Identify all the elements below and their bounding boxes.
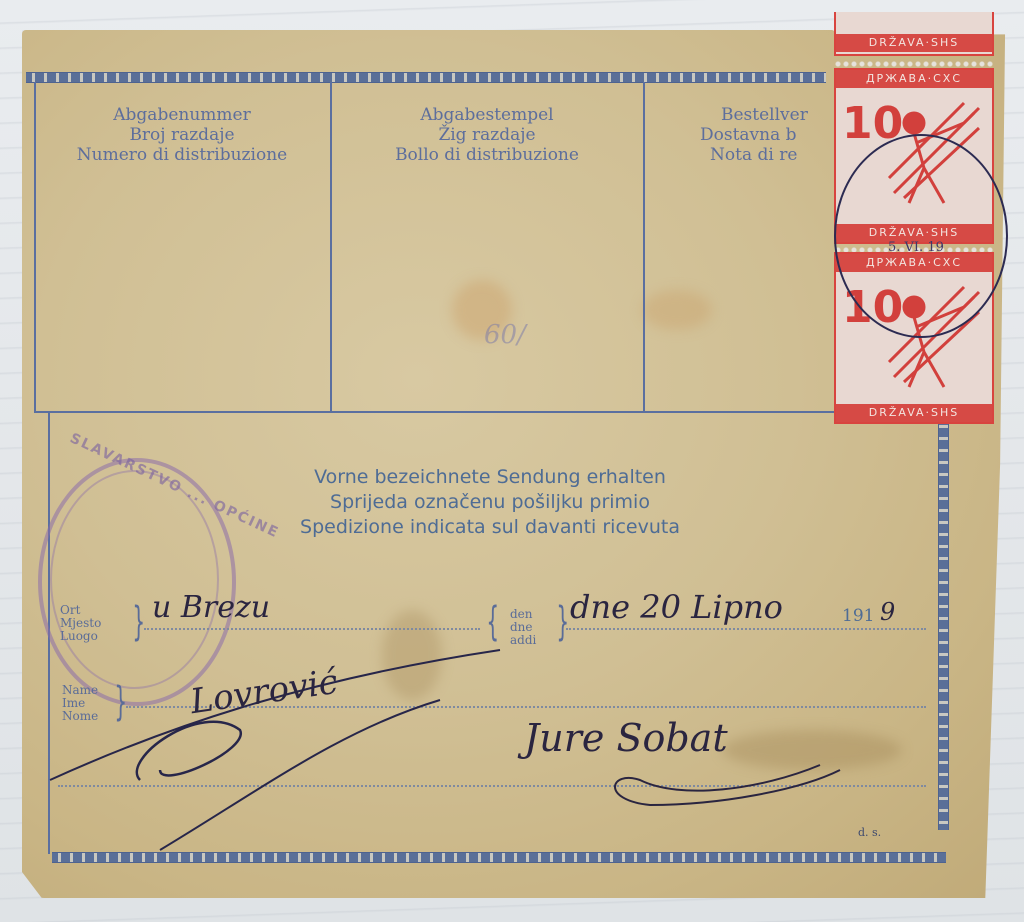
header-line-de: Abgabestempel: [334, 105, 640, 125]
place-field-line: [144, 628, 480, 630]
postmark-date: 5. VI. 19: [888, 240, 944, 255]
header-line-hr: Broj razdaje: [36, 125, 328, 145]
header-line-hr: Žig razdaje: [334, 125, 640, 145]
brace-icon: }: [132, 602, 145, 642]
stamp-bottom-label: DRŽAVA·SHS: [836, 404, 992, 422]
section-divider: [34, 411, 834, 413]
date-field-value[interactable]: dne 20 Lipno: [570, 588, 783, 626]
column-divider: [330, 82, 332, 412]
stain: [642, 290, 712, 330]
header-line-hr: Dostavna b: [700, 125, 830, 145]
signature-2: Jure Sobat: [524, 716, 728, 760]
brace-open-icon: {: [486, 602, 499, 642]
signature-flourish-icon: [600, 760, 860, 810]
column-divider: [643, 82, 645, 412]
statement-hr: Sprijeda označenu pošiljku primio: [180, 490, 800, 515]
header-line-de: Bestellver: [700, 105, 830, 125]
header-line-it: Bollo di distribuzione: [334, 145, 640, 165]
column-header-distribution-number: Abgabenummer Broj razdaje Numero di dist…: [36, 105, 328, 165]
right-border: [938, 424, 949, 830]
place-label: Ort Mjesto Luogo: [60, 604, 101, 643]
statement-it: Spedizione indicata sul davanti ricevuta: [180, 515, 800, 540]
pencil-note: 60/: [484, 320, 526, 350]
brace-icon: }: [556, 602, 569, 642]
header-line-it: Numero di distribuzione: [36, 145, 328, 165]
header-line-de: Abgabenummer: [36, 105, 328, 125]
perforation: [834, 60, 994, 68]
year-printed: 191: [842, 606, 874, 626]
stamp-label: DRŽAVA·SHS: [836, 34, 992, 52]
year-handwritten[interactable]: 9: [880, 598, 895, 626]
statement-de: Vorne bezeichnete Sendung erhalten: [180, 465, 800, 490]
postmark-circle: [834, 134, 1008, 338]
top-border: [26, 72, 826, 83]
stamp-top-label: ДРЖАВА·СХС: [836, 70, 992, 88]
stamp-partial: DRŽAVA·SHS: [834, 12, 994, 56]
column-header-delivery-note: Bestellver Dostavna b Nota di re: [700, 105, 830, 165]
place-field-value[interactable]: u Brezu: [152, 590, 270, 625]
postage-stamps: DRŽAVA·SHS ДРЖАВА·СХС 10 DRŽAVA·SHS ДРЖА…: [828, 12, 1008, 424]
date-field-line: [566, 628, 926, 630]
column-header-distribution-stamp: Abgabestempel Žig razdaje Bollo di distr…: [334, 105, 640, 165]
header-line-it: Nota di re: [700, 145, 830, 165]
footer-mark: d. s.: [858, 826, 881, 839]
receipt-statement: Vorne bezeichnete Sendung erhalten Sprij…: [180, 465, 800, 540]
